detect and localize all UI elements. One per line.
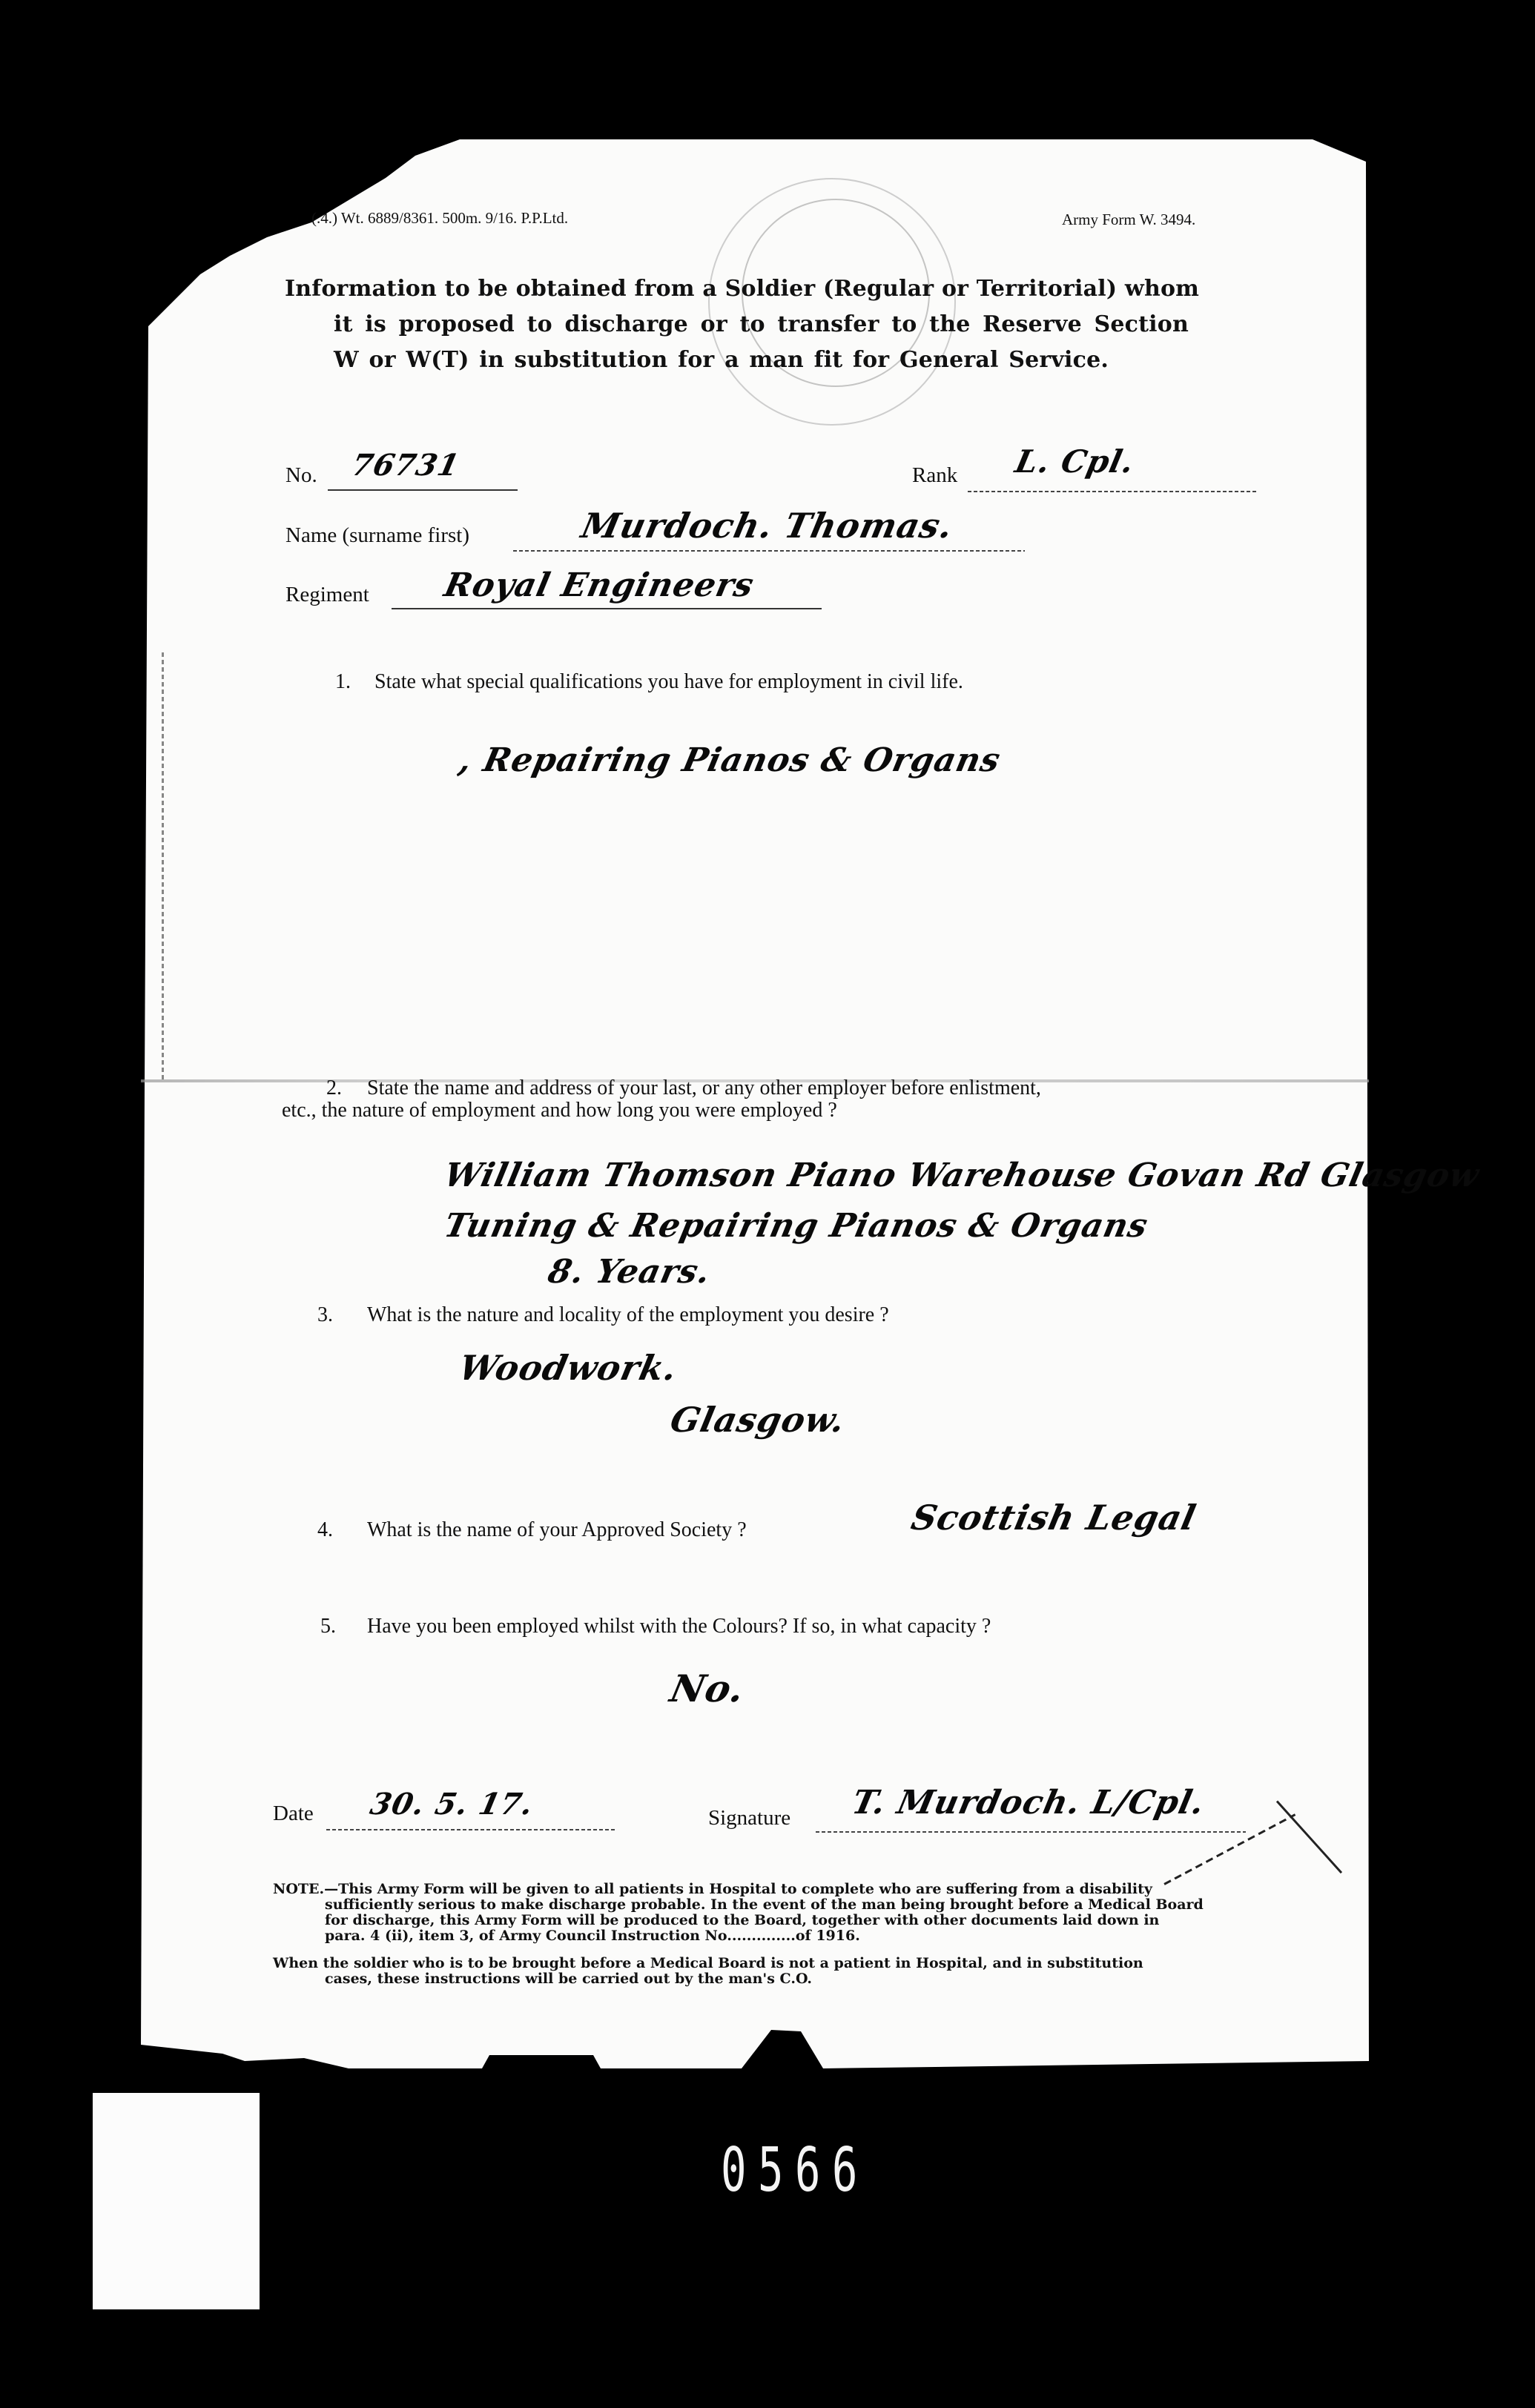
- note-line-2: sufficiently serious to make discharge p…: [273, 1897, 1204, 1913]
- question-1-number: 1.: [335, 670, 351, 694]
- question-4-text: What is the name of your Approved Societ…: [367, 1518, 747, 1542]
- regiment-underline: [392, 608, 822, 609]
- rank-underline: [968, 491, 1257, 492]
- note-paragraph-2: When the soldier who is to be brought be…: [273, 1956, 1143, 1987]
- question-3-number: 3.: [317, 1303, 333, 1327]
- question-2-number: 2.: [326, 1076, 342, 1100]
- note-paragraph-1: NOTE.—This Army Form will be given to al…: [273, 1882, 1204, 1944]
- question-3-answer-line-2: Glasgow.: [667, 1400, 849, 1440]
- question-2-answer-line-1: William Thomson Piano Warehouse Govan Rd…: [441, 1157, 1483, 1194]
- question-5-answer: No.: [667, 1667, 749, 1710]
- regiment-label: Regiment: [285, 583, 369, 607]
- date-underline: [326, 1829, 617, 1830]
- name-label: Name (surname first): [285, 523, 469, 548]
- question-3-answer-line-1: Woodwork.: [455, 1348, 681, 1388]
- film-frame-number: 0566: [721, 2135, 869, 2206]
- regiment-value: Royal Engineers: [441, 566, 758, 604]
- print-code: (.4.) Wt. 6889/8361. 500m. 9/16. P.P.Ltd…: [311, 209, 568, 228]
- form-number: Army Form W. 3494.: [1062, 211, 1195, 229]
- question-1-text: State what special qualifications you ha…: [374, 670, 963, 694]
- question-1-answer: , Repairing Pianos & Organs: [456, 741, 1004, 779]
- question-3-text: What is the nature and locality of the e…: [367, 1303, 889, 1327]
- date-label: Date: [273, 1802, 314, 1826]
- number-value: 76731: [349, 448, 463, 483]
- note-line-6: cases, these instructions will be carrie…: [273, 1971, 1143, 1987]
- signature-value: T. Murdoch. L/Cpl.: [849, 1784, 1209, 1822]
- form-title-line-1: Information to be obtained from a Soldie…: [285, 276, 1199, 302]
- rank-value: L. Cpl.: [1012, 443, 1138, 480]
- signature-label: Signature: [708, 1806, 790, 1830]
- note-line-5: When the soldier who is to be brought be…: [273, 1955, 1143, 1971]
- margin-punch-marks: [162, 652, 164, 1082]
- number-label: No.: [285, 463, 317, 488]
- note-line-4: para. 4 (ii), item 3, of Army Council In…: [273, 1928, 1204, 1944]
- name-underline: [513, 550, 1025, 552]
- rank-label: Rank: [912, 463, 957, 488]
- question-2-text-line-1: State the name and address of your last,…: [367, 1076, 1041, 1100]
- question-4-answer: Scottish Legal: [908, 1498, 1200, 1538]
- question-2-answer-line-3: 8. Years.: [545, 1253, 714, 1291]
- note-line-1: NOTE.—This Army Form will be given to al…: [273, 1881, 1152, 1897]
- question-4-number: 4.: [317, 1518, 333, 1542]
- note-line-3: for discharge, this Army Form will be pr…: [273, 1913, 1204, 1928]
- number-underline: [328, 489, 518, 491]
- question-2-text-line-2: etc., the nature of employment and how l…: [282, 1099, 837, 1122]
- date-value: 30. 5. 17.: [367, 1787, 537, 1822]
- question-2-answer-line-2: Tuning & Repairing Pianos & Organs: [441, 1207, 1152, 1245]
- film-target-card: [93, 2093, 260, 2309]
- signature-underline: [816, 1831, 1246, 1833]
- question-5-text: Have you been employed whilst with the C…: [367, 1615, 991, 1638]
- form-title-line-2: it is proposed to discharge or to transf…: [334, 311, 1189, 337]
- form-title-line-3: W or W(T) in substitution for a man fit …: [334, 347, 1109, 373]
- question-5-number: 5.: [320, 1615, 336, 1638]
- name-value: Murdoch. Thomas.: [578, 506, 957, 546]
